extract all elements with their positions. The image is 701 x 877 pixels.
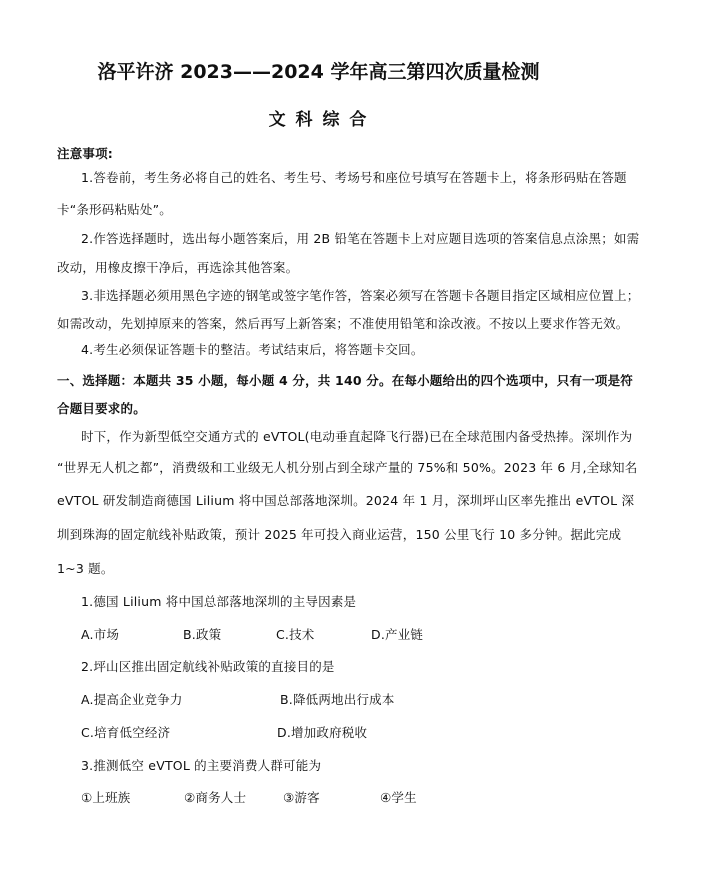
- exam-subject: 文 科 综 合: [57, 109, 580, 131]
- notice-item-2-line-2: 改动，用橡皮擦干净后，再选涂其他答案。: [57, 259, 580, 276]
- question-2-option-a: A.提高企业竞争力: [81, 691, 183, 708]
- notice-item-3-line-2: 如需改动，先划掉原来的答案，然后再写上新答案；不准使用铅笔和涂改液。不按以上要求…: [57, 315, 580, 332]
- exam-title: 洛平许济 2023——2024 学年高三第四次质量检测: [57, 60, 580, 84]
- question-3-option-3: ③游客: [283, 789, 320, 806]
- question-2-option-c: C.培育低空经济: [81, 724, 170, 741]
- notice-heading: 注意事项:: [57, 145, 580, 162]
- question-1-option-d: D.产业链: [371, 626, 423, 643]
- passage-line-3: eVTOL 研发制造商德国 Lilium 将中国总部落地深圳。2024 年 1 …: [57, 492, 580, 509]
- question-3-option-1: ①上班族: [81, 789, 131, 806]
- notice-item-1-line-1: 1.答卷前，考生务必将自己的姓名、考生号、考场号和座位号填写在答题卡上，将条形码…: [81, 169, 580, 186]
- question-2-stem: 2.坪山区推出固定航线补贴政策的直接目的是: [81, 658, 580, 675]
- question-2-option-d: D.增加政府税收: [277, 724, 367, 741]
- question-3-option-2: ②商务人士: [184, 789, 246, 806]
- passage-line-4: 圳到珠海的固定航线补贴政策，预计 2025 年可投入商业运营，150 公里飞行 …: [57, 526, 580, 543]
- notice-item-4: 4.考生必须保证答题卡的整洁。考试结束后，将答题卡交回。: [81, 341, 580, 358]
- notice-item-1-line-2: 卡“条形码粘贴处”。: [57, 201, 580, 218]
- section-1-header-line-2: 合题目要求的。: [57, 400, 580, 417]
- notice-item-2-line-1: 2.作答选择题时，选出每小题答案后，用 2B 铅笔在答题卡上对应题目选项的答案信…: [81, 230, 580, 247]
- question-1-option-c: C.技术: [276, 626, 315, 643]
- question-1-stem: 1.德国 Lilium 将中国总部落地深圳的主导因素是: [81, 593, 580, 610]
- question-3-stem: 3.推测低空 eVTOL 的主要消费人群可能为: [81, 757, 580, 774]
- question-2-option-b: B.降低两地出行成本: [280, 691, 395, 708]
- question-1-option-b: B.政策: [183, 626, 221, 643]
- notice-item-3-line-1: 3.非选择题必须用黑色字迹的钢笔或签字笔作答，答案必须写在答题卡各题目指定区域相…: [81, 287, 580, 304]
- passage-line-5: 1~3 题。: [57, 560, 580, 577]
- section-1-header-line-1: 一、选择题：本题共 35 小题，每小题 4 分，共 140 分。在每小题给出的四…: [57, 372, 580, 389]
- passage-line-1: 时下，作为新型低空交通方式的 eVTOL(电动垂直起降飞行器)已在全球范围内备受…: [81, 428, 580, 445]
- question-1-option-a: A.市场: [81, 626, 119, 643]
- exam-paper-page: 洛平许济 2023——2024 学年高三第四次质量检测 文 科 综 合 注意事项…: [0, 0, 701, 877]
- question-3-option-4: ④学生: [380, 789, 417, 806]
- passage-line-2: “世界无人机之都”，消费级和工业级无人机分别占到全球产量的 75%和 50%。2…: [57, 459, 580, 476]
